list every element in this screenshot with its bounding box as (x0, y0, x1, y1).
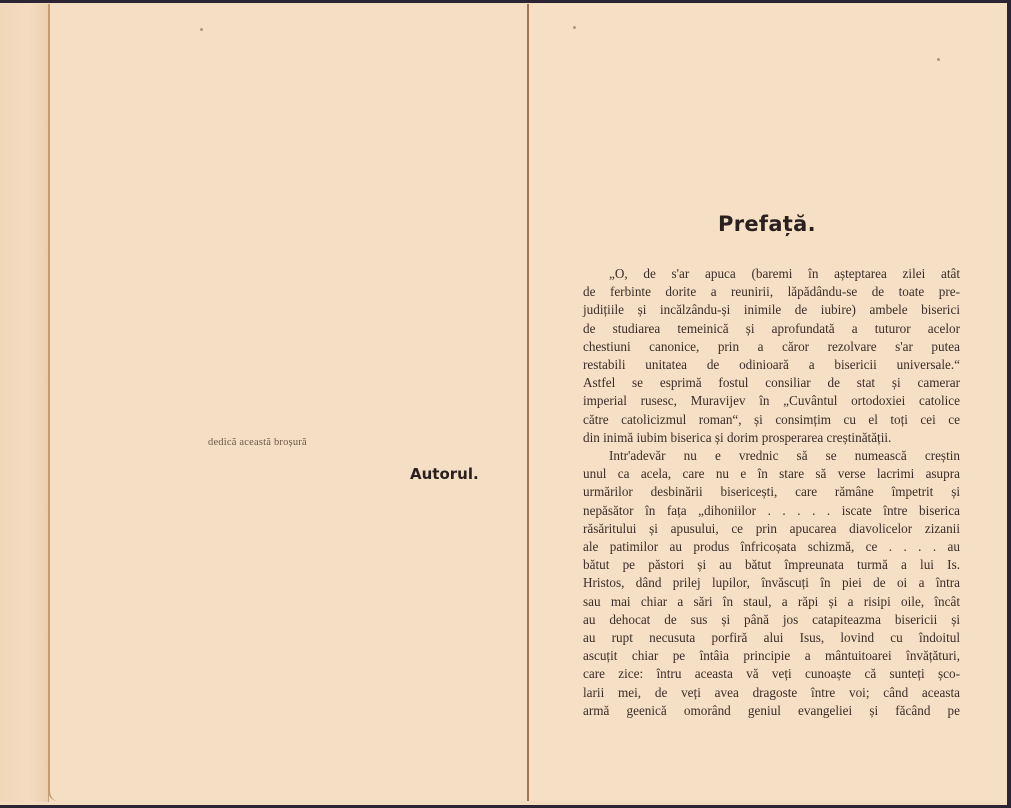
text-line: judițiile și incălzându-și inimile de iu… (583, 301, 960, 319)
text-line: chestiuni canonice, prin a căror rezolva… (583, 338, 960, 356)
text-line: armă geenică omorând geniul evangeliei ș… (583, 702, 960, 720)
paper-speck (937, 58, 940, 61)
left-page (48, 4, 529, 801)
folded-flap (0, 4, 49, 802)
text-line: ale patimilor au produs înfricoșata schi… (583, 538, 960, 556)
text-line: sau mai chiar a sări în staul, a răpi și… (583, 593, 960, 611)
text-line: bătut pe păstori și au bătut împreunata … (583, 556, 960, 574)
text-line: de studiarea temeinică și aprofundată a … (583, 320, 960, 338)
text-line: ascuțit chiar pe întâia principie a mânt… (583, 647, 960, 665)
text-line: de ferbinte dorite a reunirii, lăpădându… (583, 283, 960, 301)
text-line: din inimă iubim biserica și dorim prospe… (583, 429, 960, 447)
dedication-text: dedică această broșură (208, 437, 307, 448)
paper-speck (573, 26, 576, 29)
text-line: care zice: întru aceasta vă veți cunoașt… (583, 665, 960, 683)
text-line: Astfel se esprimă fostul consiliar de st… (583, 374, 960, 392)
text-line: către catolicizmul roman“, și consimțim … (583, 411, 960, 429)
text-line: restabili unitatea de odinioară a biseri… (583, 356, 960, 374)
paper-speck (200, 28, 203, 31)
text-line: larii mei, de veți avea dragoste între v… (583, 684, 960, 702)
text-line: Intr'adevăr nu e vrednic să se numească … (583, 447, 960, 465)
text-line: răsăritului și apusului, ce prin apucare… (583, 520, 960, 538)
text-line: nepăsător în fața „dihoniilor . . . . . … (583, 502, 960, 520)
text-line: unul ca acela, care nu e în stare să ver… (583, 465, 960, 483)
text-line: imperial rusesc, Muravijev în „Cuvântul … (583, 392, 960, 410)
text-line: urmărilor desbinării bisericești, care r… (583, 483, 960, 501)
author-signature: Autorul. (410, 465, 479, 483)
text-line: au dehocat de sus și până jos catapiteaz… (583, 611, 960, 629)
text-line: „O, de s'ar apuca (baremi în așteptarea … (583, 265, 960, 283)
text-line: au rupt necusuta porfiră alui Isus, lovi… (583, 629, 960, 647)
text-line: Hristos, dând prilej lupilor, învăscuți … (583, 574, 960, 592)
page-title: Prefață. (718, 212, 816, 236)
preface-body: „O, de s'ar apuca (baremi în așteptarea … (583, 265, 960, 720)
